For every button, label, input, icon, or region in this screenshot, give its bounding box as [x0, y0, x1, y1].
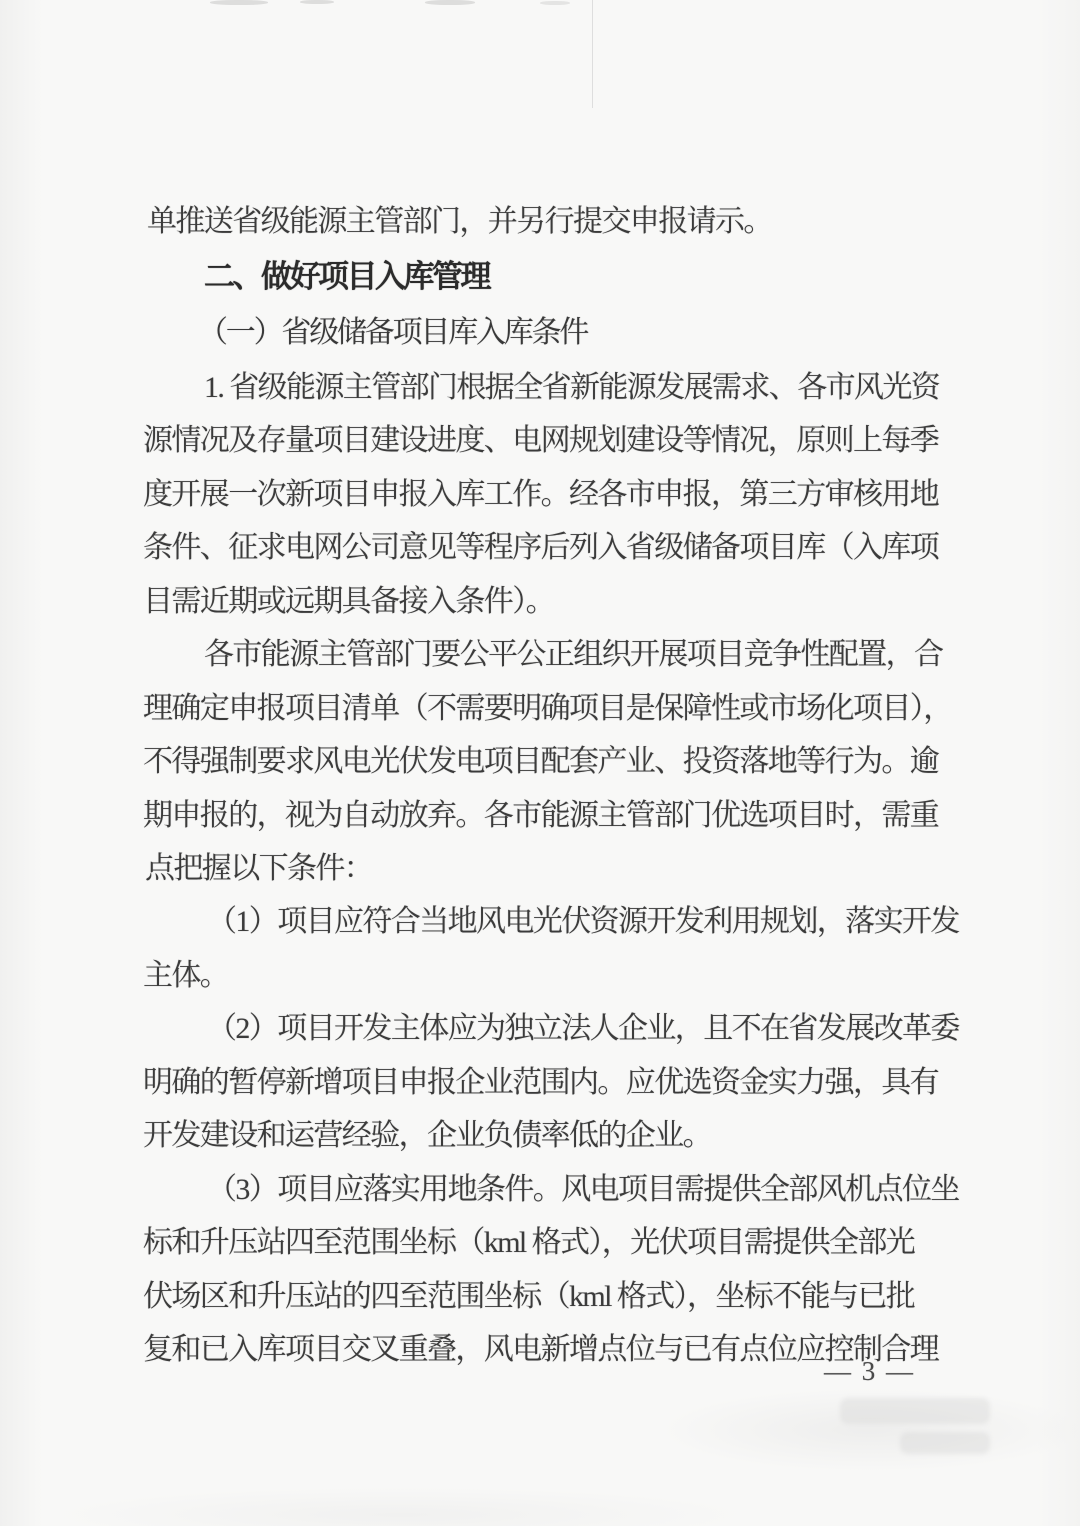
bleed-through-ghost — [900, 1432, 990, 1454]
text-line: 伏场区和升压站的四至范围坐标（kml 格式），坐标不能与已批 — [143, 1271, 914, 1315]
text-line: 开发建设和运营经验，企业负债率低的企业。 — [143, 1110, 711, 1154]
text-line: （2）项目开发主体应为独立法人企业，且不在省发展改革委 — [207, 1003, 959, 1047]
text-line: 不得强制要求风电光伏发电项目配套产业、投资落地等行为。逾 — [143, 736, 938, 780]
text-line: 各市能源主管部门要公平公正组织开展项目竞争性配置，合 — [204, 629, 942, 673]
text-line: 主体。 — [143, 950, 228, 994]
document-page: 单推送省级能源主管部门，并另行提交申报请示。二、做好项目入库管理（一）省级储备项… — [0, 0, 1080, 1526]
text-line: 理确定申报项目清单（不需要明确项目是保障性或市场化项目）， — [143, 683, 952, 727]
page-number: — 3 — — [824, 1356, 915, 1387]
text-line: （3）项目应落实用地条件。风电项目需提供全部风机点位坐 — [207, 1164, 959, 1208]
section-heading: 二、做好项目入库管理 — [204, 251, 489, 296]
text-line: 复和已入库项目交叉重叠，风电新增点位与已有点位应控制合理 — [143, 1324, 938, 1368]
scan-line-artifact — [592, 0, 593, 108]
text-line: （1）项目应符合当地风电光伏资源开发利用规划，落实开发 — [207, 896, 959, 940]
text-line: 期申报的，视为自动放弃。各市能源主管部门优选项目时，需重 — [143, 790, 938, 834]
scan-smudge — [300, 0, 334, 4]
text-line: 目需近期或远期具备接入条件）。 — [143, 576, 554, 620]
text-line: 度开展一次新项目申报入库工作。经各市申报，第三方审核用地 — [143, 469, 938, 513]
scan-smudge — [540, 1, 570, 5]
subsection-heading: （一）省级储备项目库入库条件 — [198, 307, 587, 351]
text-line: 明确的暂停新增项目申报企业范围内。应优选资金实力强，具有 — [143, 1057, 938, 1101]
text-line: 单推送省级能源主管部门，并另行提交申报请示。 — [147, 196, 772, 240]
text-line: 源情况及存量项目建设进度、电网规划建设等情况，原则上每季 — [143, 415, 938, 459]
scan-smudge — [425, 0, 475, 5]
text-line: 1. 省级能源主管部门根据全省新能源发展需求、各市风光资 — [204, 362, 939, 406]
text-line: 点把握以下条件： — [145, 843, 372, 887]
bleed-through-ghost — [840, 1398, 990, 1424]
text-line: 条件、征求电网公司意见等程序后列入省级储备项目库（入库项 — [143, 522, 938, 566]
text-line: 标和升压站四至范围坐标（kml 格式），光伏项目需提供全部光 — [143, 1217, 914, 1261]
scan-smudge — [210, 0, 268, 5]
